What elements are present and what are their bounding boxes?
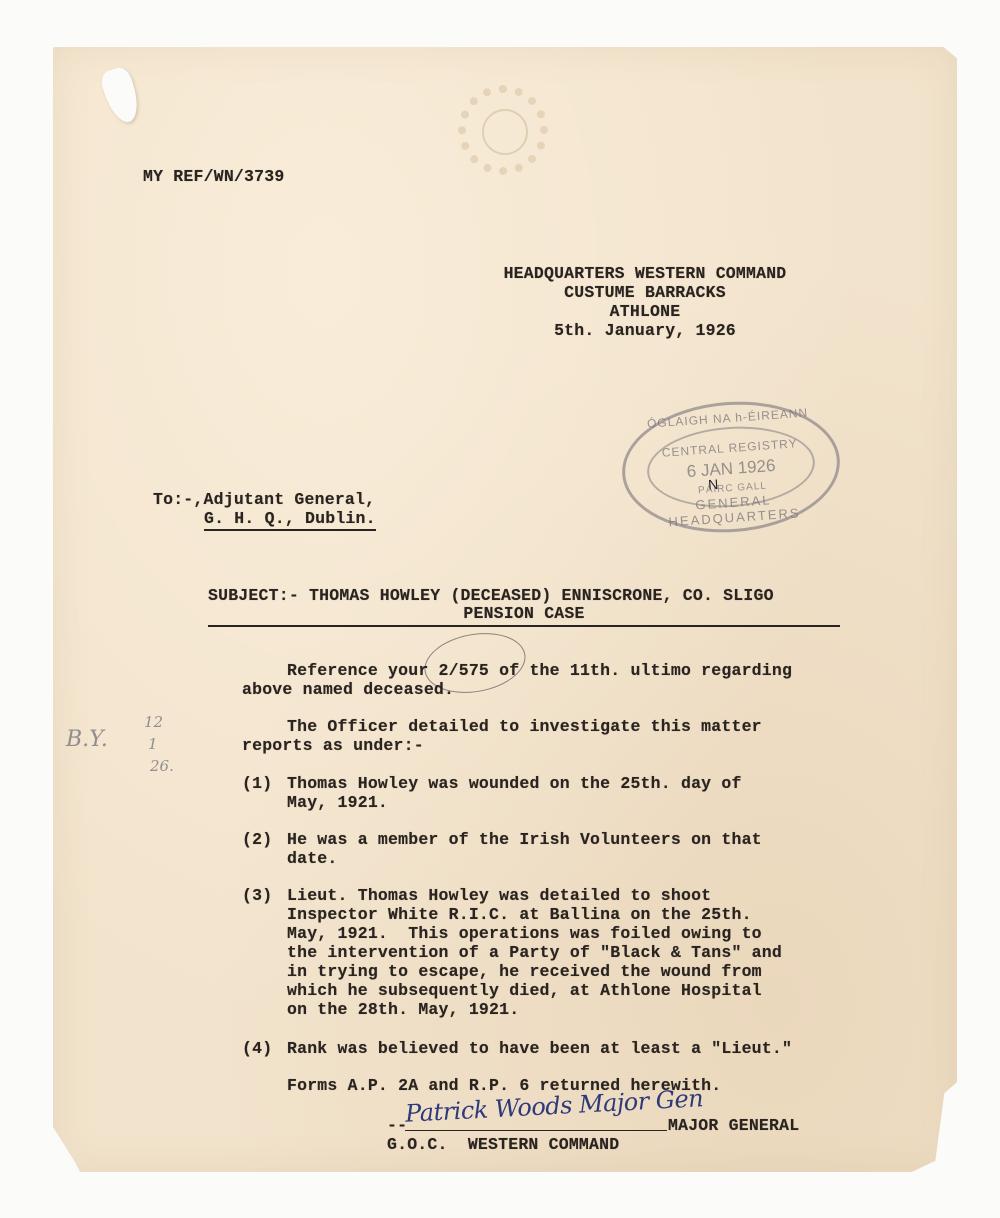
- margin-note-day: 12: [144, 713, 163, 731]
- signature-line: [405, 1130, 667, 1131]
- subject-line: SUBJECT:- THOMAS HOWLEY (DECEASED) ENNIS…: [208, 587, 774, 605]
- margin-note-initials: B.Y.: [66, 727, 108, 752]
- recipient-line-2: G. H. Q., Dublin.: [204, 510, 376, 531]
- margin-note-year: 26.: [150, 757, 174, 775]
- item-3-line-6: which he subsequently died, at Athlone H…: [287, 982, 762, 1000]
- item-3-line-5: in trying to escape, he received the wou…: [287, 963, 762, 981]
- embossed-seal-icon: [458, 85, 548, 175]
- item-2-line-2: date.: [287, 850, 338, 868]
- body-para2-line1: The Officer detailed to investigate this…: [287, 718, 762, 736]
- signature-command: G.O.C. WESTERN COMMAND: [387, 1136, 619, 1154]
- recipient-line-1: To:-,Adjutant General,: [153, 491, 375, 509]
- item-1-number: (1): [242, 775, 272, 793]
- item-4-number: (4): [242, 1040, 272, 1058]
- margin-note-month: 1: [148, 735, 158, 753]
- address-line-3: ATHLONE: [470, 303, 820, 321]
- item-3-number: (3): [242, 887, 272, 905]
- item-3-line-3: May, 1921. This operations was foiled ow…: [287, 925, 762, 943]
- body-para1-line2: above named deceased.: [242, 681, 454, 699]
- signature-title: MAJOR GENERAL: [668, 1117, 799, 1135]
- item-4-line-1: Rank was believed to have been at least …: [287, 1040, 792, 1058]
- address-line-2: CUSTUME BARRACKS: [470, 284, 820, 302]
- stamp-handwritten-mark: N: [708, 476, 719, 493]
- subject-underline: [208, 625, 840, 627]
- item-3-line-2: Inspector White R.I.C. at Ballina on the…: [287, 906, 752, 924]
- item-3-line-7: on the 28th. May, 1921.: [287, 1001, 519, 1019]
- item-2-line-1: He was a member of the Irish Volunteers …: [287, 831, 762, 849]
- item-1-line-2: May, 1921.: [287, 794, 388, 812]
- item-1-line-1: Thomas Howley was wounded on the 25th. d…: [287, 775, 742, 793]
- letter-date: 5th. January, 1926: [470, 322, 820, 340]
- registry-stamp: ÓGLAIGH NA h-ÉIREANN CENTRAL REGISTRY 6 …: [618, 395, 845, 540]
- address-line-1: HEADQUARTERS WESTERN COMMAND: [470, 265, 820, 283]
- item-3-line-4: the intervention of a Party of "Black & …: [287, 944, 782, 962]
- item-2-number: (2): [242, 831, 272, 849]
- reference-number: MY REF/WN/3739: [143, 168, 284, 186]
- subject-pension-case: PENSION CASE: [208, 605, 840, 623]
- body-para2-line2: reports as under:-: [242, 737, 424, 755]
- signature-dashes: --: [387, 1117, 407, 1135]
- body-para1-line1: Reference your 2/575 of the 11th. ultimo…: [287, 662, 792, 680]
- item-3-line-1: Lieut. Thomas Howley was detailed to sho…: [287, 887, 711, 905]
